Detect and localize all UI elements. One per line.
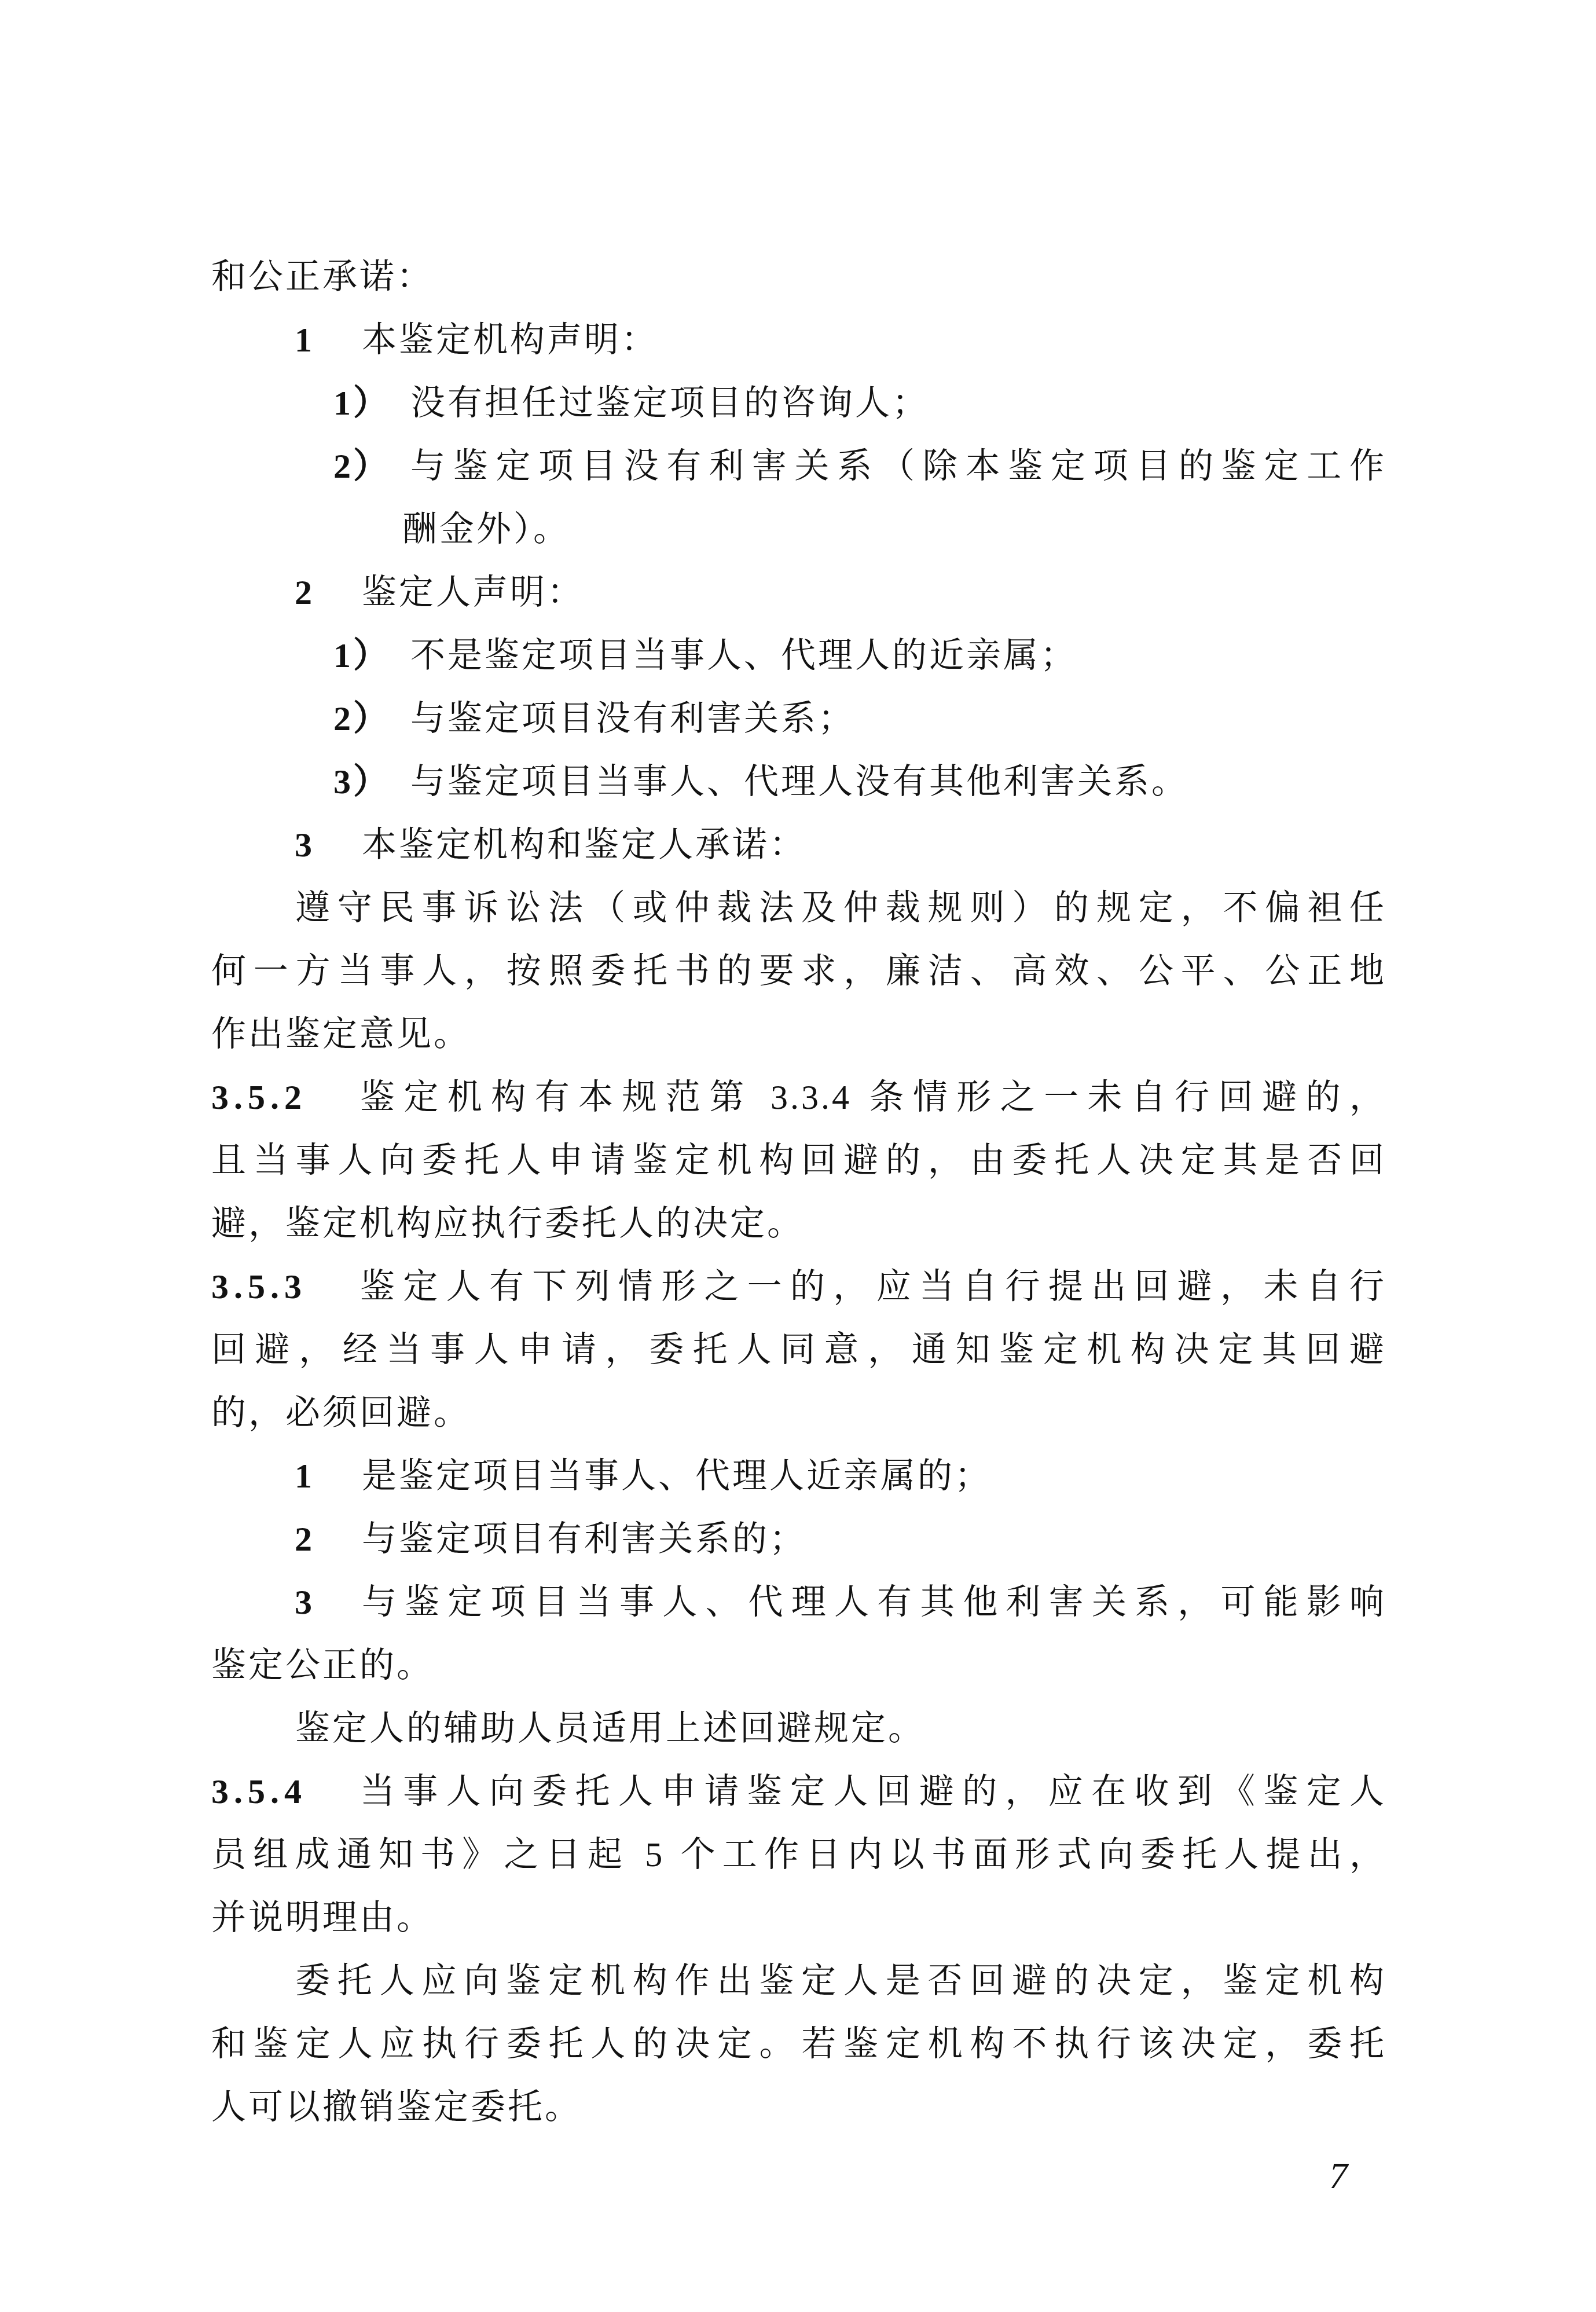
line-text: 是鉴定项目当事人、代理人近亲属的； — [362, 1445, 1386, 1508]
line-text: 与鉴定项目当事人、代理人有其他利害关系，可能影响 — [362, 1571, 1386, 1634]
line-text: 并说明理由。 — [211, 1886, 1386, 1950]
section-line: 3.5.2 鉴定机构有本规范第 3.3.4 条情形之一未自行回避的， — [211, 1066, 1386, 1129]
line-text: 的，必须回避。 — [211, 1382, 1386, 1445]
item-number: 1） — [333, 372, 390, 435]
list-item: 2） 与鉴定项目没有利害关系； — [211, 687, 1386, 750]
text-line: 和鉴定人应执行委托人的决定。若鉴定机构不执行该决定，委托 — [211, 2013, 1386, 2076]
list-item: 2 鉴定人声明： — [211, 561, 1386, 624]
text-line: 何一方当事人，按照委托书的要求，廉洁、高效、公平、公正地 — [211, 940, 1386, 1003]
line-text: 鉴定人有下列情形之一的，应当自行提出回避，未自行 — [360, 1255, 1386, 1318]
text-line: 且当事人向委托人申请鉴定机构回避的，由委托人决定其是否回 — [211, 1129, 1386, 1192]
document-page: 和公正承诺： 1 本鉴定机构声明： 1） 没有担任过鉴定项目的咨询人； 2） 与… — [0, 0, 1596, 2312]
line-text: 和鉴定人应执行委托人的决定。若鉴定机构不执行该决定，委托 — [211, 2013, 1386, 2076]
line-text: 和公正承诺： — [211, 246, 1386, 309]
text-line: 遵守民事诉讼法（或仲裁法及仲裁规则）的规定，不偏袒任 — [211, 877, 1386, 940]
item-number: 2） — [333, 687, 390, 750]
item-number: 1 — [295, 1445, 314, 1508]
list-item: 1 本鉴定机构声明： — [211, 309, 1386, 372]
section-number: 3.5.2 — [211, 1066, 307, 1129]
section-line: 3.5.4 当事人向委托人申请鉴定人回避的，应在收到《鉴定人 — [211, 1760, 1386, 1823]
item-number: 2 — [295, 1508, 314, 1571]
section-number: 3.5.4 — [211, 1760, 307, 1823]
text-line: 的，必须回避。 — [211, 1382, 1386, 1445]
text-line: 并说明理由。 — [211, 1886, 1386, 1950]
item-number: 2） — [333, 435, 390, 498]
line-text: 鉴定机构有本规范第 3.3.4 条情形之一未自行回避的， — [360, 1066, 1386, 1129]
item-number: 1 — [295, 309, 314, 372]
text-line: 回避，经当事人申请，委托人同意，通知鉴定机构决定其回避 — [211, 1318, 1386, 1382]
section-number: 3.5.3 — [211, 1255, 307, 1318]
line-text: 且当事人向委托人申请鉴定机构回避的，由委托人决定其是否回 — [211, 1129, 1386, 1192]
line-text: 没有担任过鉴定项目的咨询人； — [410, 372, 1386, 435]
list-item: 3 本鉴定机构和鉴定人承诺： — [211, 814, 1386, 877]
line-text: 本鉴定机构声明： — [362, 309, 1386, 372]
line-text: 委托人应向鉴定机构作出鉴定人是否回避的决定，鉴定机构 — [295, 1950, 1386, 2013]
line-text: 人可以撤销鉴定委托。 — [211, 2076, 1386, 2139]
text-line: 鉴定公正的。 — [211, 1634, 1386, 1697]
text-line: 人可以撤销鉴定委托。 — [211, 2076, 1386, 2139]
item-number: 3 — [295, 814, 314, 877]
line-text: 鉴定人声明： — [362, 561, 1386, 624]
item-number: 1） — [333, 624, 390, 687]
text-line: 避，鉴定机构应执行委托人的决定。 — [211, 1192, 1386, 1255]
line-text: 与鉴定项目有利害关系的； — [362, 1508, 1386, 1571]
line-text: 当事人向委托人申请鉴定人回避的，应在收到《鉴定人 — [360, 1760, 1386, 1823]
text-line: 酬金外）。 — [211, 498, 1386, 561]
line-text: 不是鉴定项目当事人、代理人的近亲属； — [410, 624, 1386, 687]
list-item: 3 与鉴定项目当事人、代理人有其他利害关系，可能影响 — [211, 1571, 1386, 1634]
list-item: 2） 与鉴定项目没有利害关系（除本鉴定项目的鉴定工作 — [211, 435, 1386, 498]
item-number: 3） — [333, 750, 390, 814]
line-text: 与鉴定项目没有利害关系； — [410, 687, 1386, 750]
line-text: 酬金外）。 — [402, 498, 1386, 561]
list-item: 2 与鉴定项目有利害关系的； — [211, 1508, 1386, 1571]
list-item: 1） 没有担任过鉴定项目的咨询人； — [211, 372, 1386, 435]
item-number: 2 — [295, 561, 314, 624]
line-text: 遵守民事诉讼法（或仲裁法及仲裁规则）的规定，不偏袒任 — [295, 877, 1386, 940]
line-text: 回避，经当事人申请，委托人同意，通知鉴定机构决定其回避 — [211, 1318, 1386, 1382]
line-text: 员组成通知书》之日起 5 个工作日内以书面形式向委托人提出， — [211, 1823, 1386, 1886]
line-text: 鉴定人的辅助人员适用上述回避规定。 — [295, 1697, 1386, 1760]
page-number: 7 — [1329, 2157, 1348, 2194]
line-text: 鉴定公正的。 — [211, 1634, 1386, 1697]
text-block: 和公正承诺： 1 本鉴定机构声明： 1） 没有担任过鉴定项目的咨询人； 2） 与… — [211, 246, 1386, 2139]
line-text: 作出鉴定意见。 — [211, 1003, 1386, 1066]
line-text: 何一方当事人，按照委托书的要求，廉洁、高效、公平、公正地 — [211, 940, 1386, 1003]
item-number: 3 — [295, 1571, 314, 1634]
line-text: 避，鉴定机构应执行委托人的决定。 — [211, 1192, 1386, 1255]
section-line: 3.5.3 鉴定人有下列情形之一的，应当自行提出回避，未自行 — [211, 1255, 1386, 1318]
text-line: 和公正承诺： — [211, 246, 1386, 309]
list-item: 1 是鉴定项目当事人、代理人近亲属的； — [211, 1445, 1386, 1508]
line-text: 与鉴定项目没有利害关系（除本鉴定项目的鉴定工作 — [410, 435, 1386, 498]
text-line: 作出鉴定意见。 — [211, 1003, 1386, 1066]
list-item: 3） 与鉴定项目当事人、代理人没有其他利害关系。 — [211, 750, 1386, 814]
text-line: 员组成通知书》之日起 5 个工作日内以书面形式向委托人提出， — [211, 1823, 1386, 1886]
text-line: 委托人应向鉴定机构作出鉴定人是否回避的决定，鉴定机构 — [211, 1950, 1386, 2013]
line-text: 本鉴定机构和鉴定人承诺： — [362, 814, 1386, 877]
text-line: 鉴定人的辅助人员适用上述回避规定。 — [211, 1697, 1386, 1760]
list-item: 1） 不是鉴定项目当事人、代理人的近亲属； — [211, 624, 1386, 687]
line-text: 与鉴定项目当事人、代理人没有其他利害关系。 — [410, 750, 1386, 814]
